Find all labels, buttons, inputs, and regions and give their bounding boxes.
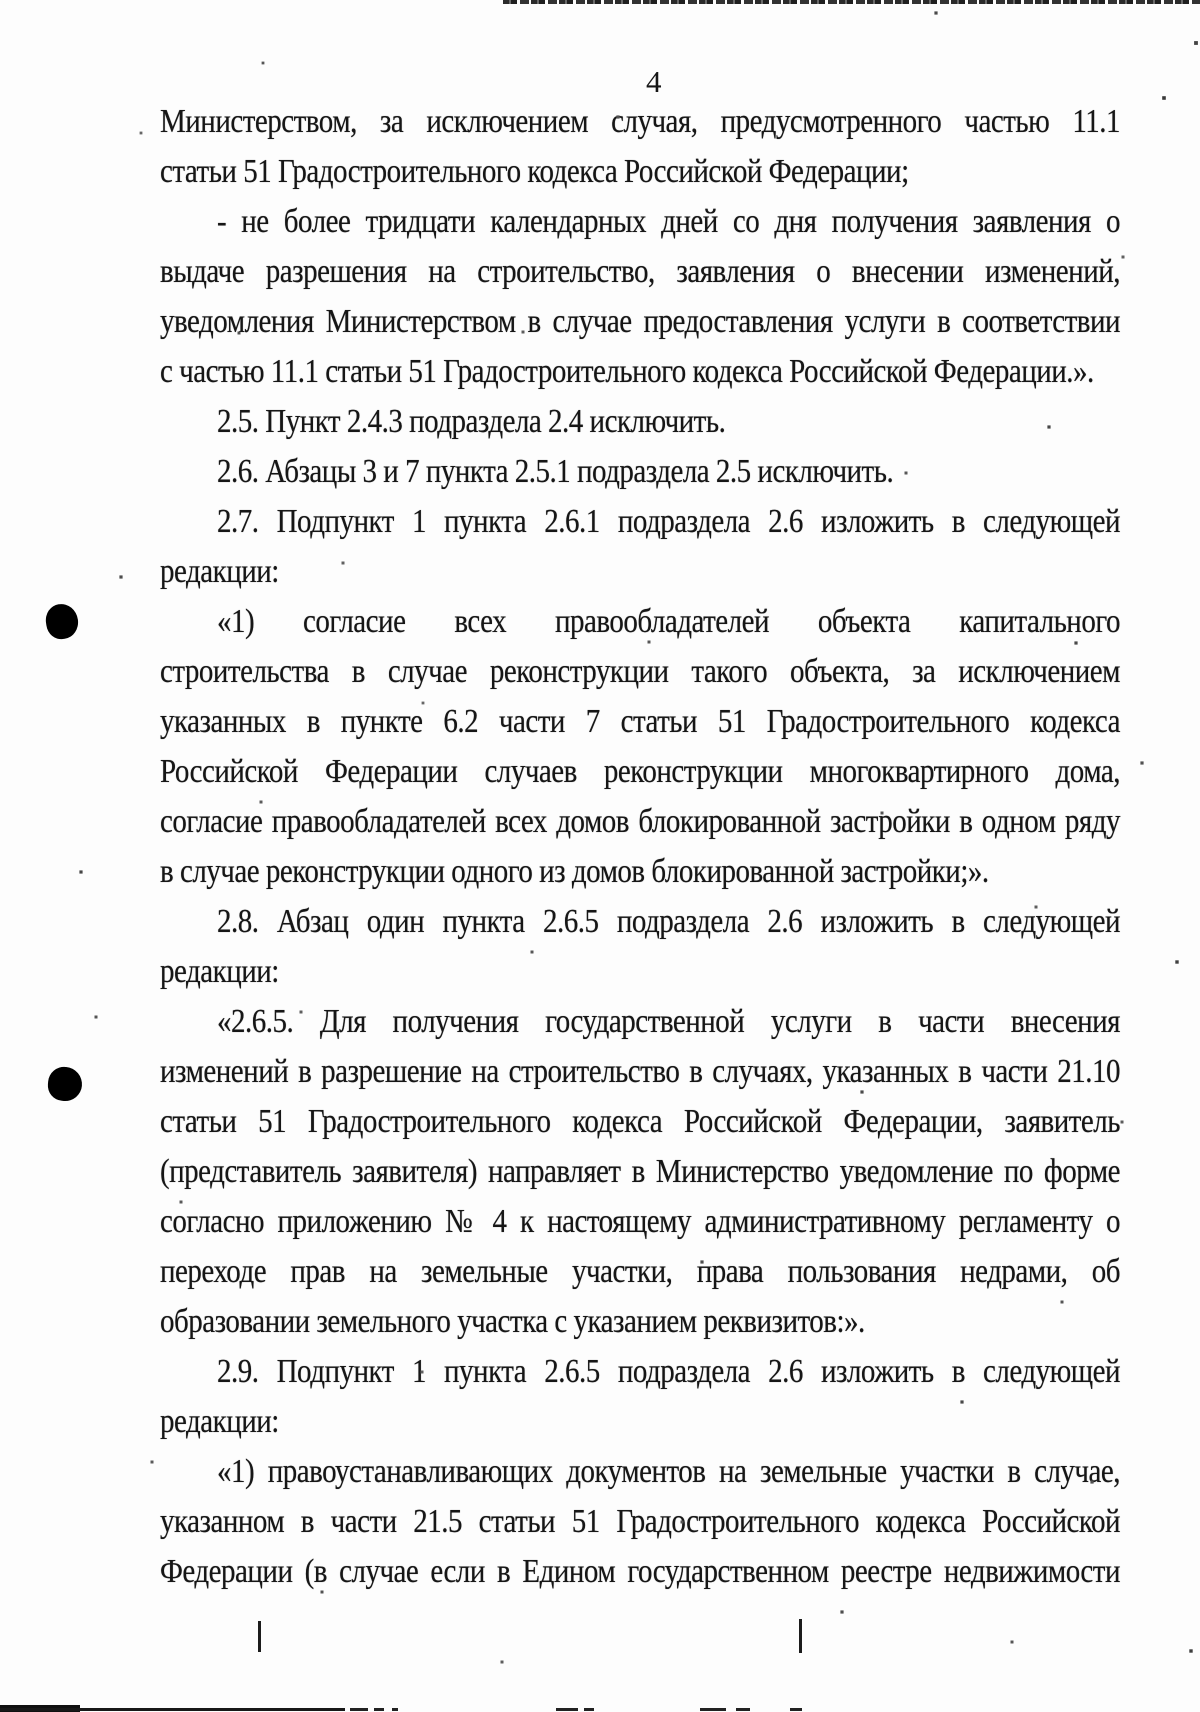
text-line: 2.6. Абзацы 3 и 7 пункта 2.5.1 подраздел… bbox=[160, 447, 1120, 497]
text-line: указанном в части 21.5 статьи 51 Градост… bbox=[160, 1497, 1120, 1547]
paragraph: 2.6. Абзацы 3 и 7 пункта 2.5.1 подраздел… bbox=[160, 447, 1120, 497]
text-line: Российской Федерации случаев реконструкц… bbox=[160, 747, 1120, 797]
text-line: 2.8. Абзац один пункта 2.6.5 подраздела … bbox=[160, 897, 1120, 947]
text-line: в случае реконструкции одного из домов б… bbox=[160, 847, 1120, 897]
scan-artifact-bottom-dash bbox=[736, 1708, 750, 1711]
text-line: образовании земельного участка с указани… bbox=[160, 1297, 1120, 1347]
text-line: редакции: bbox=[160, 1397, 1120, 1447]
text-line: согласие правообладателей всех домов бло… bbox=[160, 797, 1120, 847]
scan-artifact-bottom-dash bbox=[790, 1708, 802, 1711]
vertical-tick-mark-left bbox=[258, 1621, 261, 1652]
hole-punch-mark-bottom bbox=[47, 1066, 84, 1103]
vertical-tick-mark-right bbox=[799, 1619, 802, 1653]
paragraph: 2.5. Пункт 2.4.3 подраздела 2.4 исключит… bbox=[160, 397, 1120, 447]
text-line: выдаче разрешения на строительство, заяв… bbox=[160, 247, 1120, 297]
paragraph: «2.6.5. Для получения государственной ус… bbox=[160, 997, 1120, 1347]
scan-artifact-bottom-dash bbox=[556, 1708, 578, 1711]
text-line: Министерством, за исключением случая, пр… bbox=[160, 97, 1120, 147]
scan-artifact-top-edge bbox=[503, 0, 1200, 4]
paragraph: 2.9. Подпункт 1 пункта 2.6.5 подраздела … bbox=[160, 1347, 1120, 1447]
text-line: изменений в разрешение на строительство … bbox=[160, 1047, 1120, 1097]
text-line: переходе прав на земельные участки, прав… bbox=[160, 1247, 1120, 1297]
scan-artifact-bottom-dash bbox=[584, 1708, 594, 1711]
scan-artifact-bottom-dash bbox=[700, 1708, 726, 1711]
text-line: «1) согласие всех правообладателей объек… bbox=[160, 597, 1120, 647]
scan-artifact-bottom-dash bbox=[350, 1708, 368, 1711]
text-line: Федерации (в случае если в Едином госуда… bbox=[160, 1547, 1120, 1597]
paragraph: «1) правоустанавливающих документов на з… bbox=[160, 1447, 1120, 1597]
page-number: 4 bbox=[646, 64, 662, 100]
paragraph: 2.7. Подпункт 1 пункта 2.6.1 подраздела … bbox=[160, 497, 1120, 597]
paragraph: - не более тридцати календарных дней со … bbox=[160, 197, 1120, 397]
scan-speckles bbox=[0, 0, 2, 2]
text-line: - не более тридцати календарных дней со … bbox=[160, 197, 1120, 247]
scan-artifact-bottom-edge-line bbox=[0, 1708, 345, 1711]
text-line: строительства в случае реконструкции так… bbox=[160, 647, 1120, 697]
text-line: указанных в пункте 6.2 части 7 статьи 51… bbox=[160, 697, 1120, 747]
paragraph: Министерством, за исключением случая, пр… bbox=[160, 97, 1120, 197]
text-line: 2.7. Подпункт 1 пункта 2.6.1 подраздела … bbox=[160, 497, 1120, 547]
paragraph: 2.8. Абзац один пункта 2.6.5 подраздела … bbox=[160, 897, 1120, 997]
text-line: «2.6.5. Для получения государственной ус… bbox=[160, 997, 1120, 1047]
text-line: уведомления Министерством в случае предо… bbox=[160, 297, 1120, 347]
text-line: 2.5. Пункт 2.4.3 подраздела 2.4 исключит… bbox=[160, 397, 1120, 447]
text-line: с частью 11.1 статьи 51 Градостроительно… bbox=[160, 347, 1120, 397]
scan-artifact-bottom-dash bbox=[374, 1708, 384, 1711]
document-page: 4 Министерством, за исключением случая, … bbox=[0, 0, 1200, 1712]
paragraph: «1) согласие всех правообладателей объек… bbox=[160, 597, 1120, 897]
text-line: 2.9. Подпункт 1 пункта 2.6.5 подраздела … bbox=[160, 1347, 1120, 1397]
hole-punch-mark-top bbox=[44, 602, 81, 641]
text-line: статьи 51 Градостроительного кодекса Рос… bbox=[160, 1097, 1120, 1147]
text-line: (представитель заявителя) направляет в М… bbox=[160, 1147, 1120, 1197]
text-line: редакции: bbox=[160, 547, 1120, 597]
document-text-block: Министерством, за исключением случая, пр… bbox=[160, 97, 1120, 1597]
text-line: согласно приложению № 4 к настоящему адм… bbox=[160, 1197, 1120, 1247]
scan-artifact-bottom-dash bbox=[392, 1708, 398, 1711]
text-line: редакции: bbox=[160, 947, 1120, 997]
text-line: статьи 51 Градостроительного кодекса Рос… bbox=[160, 147, 1120, 197]
text-line: «1) правоустанавливающих документов на з… bbox=[160, 1447, 1120, 1497]
